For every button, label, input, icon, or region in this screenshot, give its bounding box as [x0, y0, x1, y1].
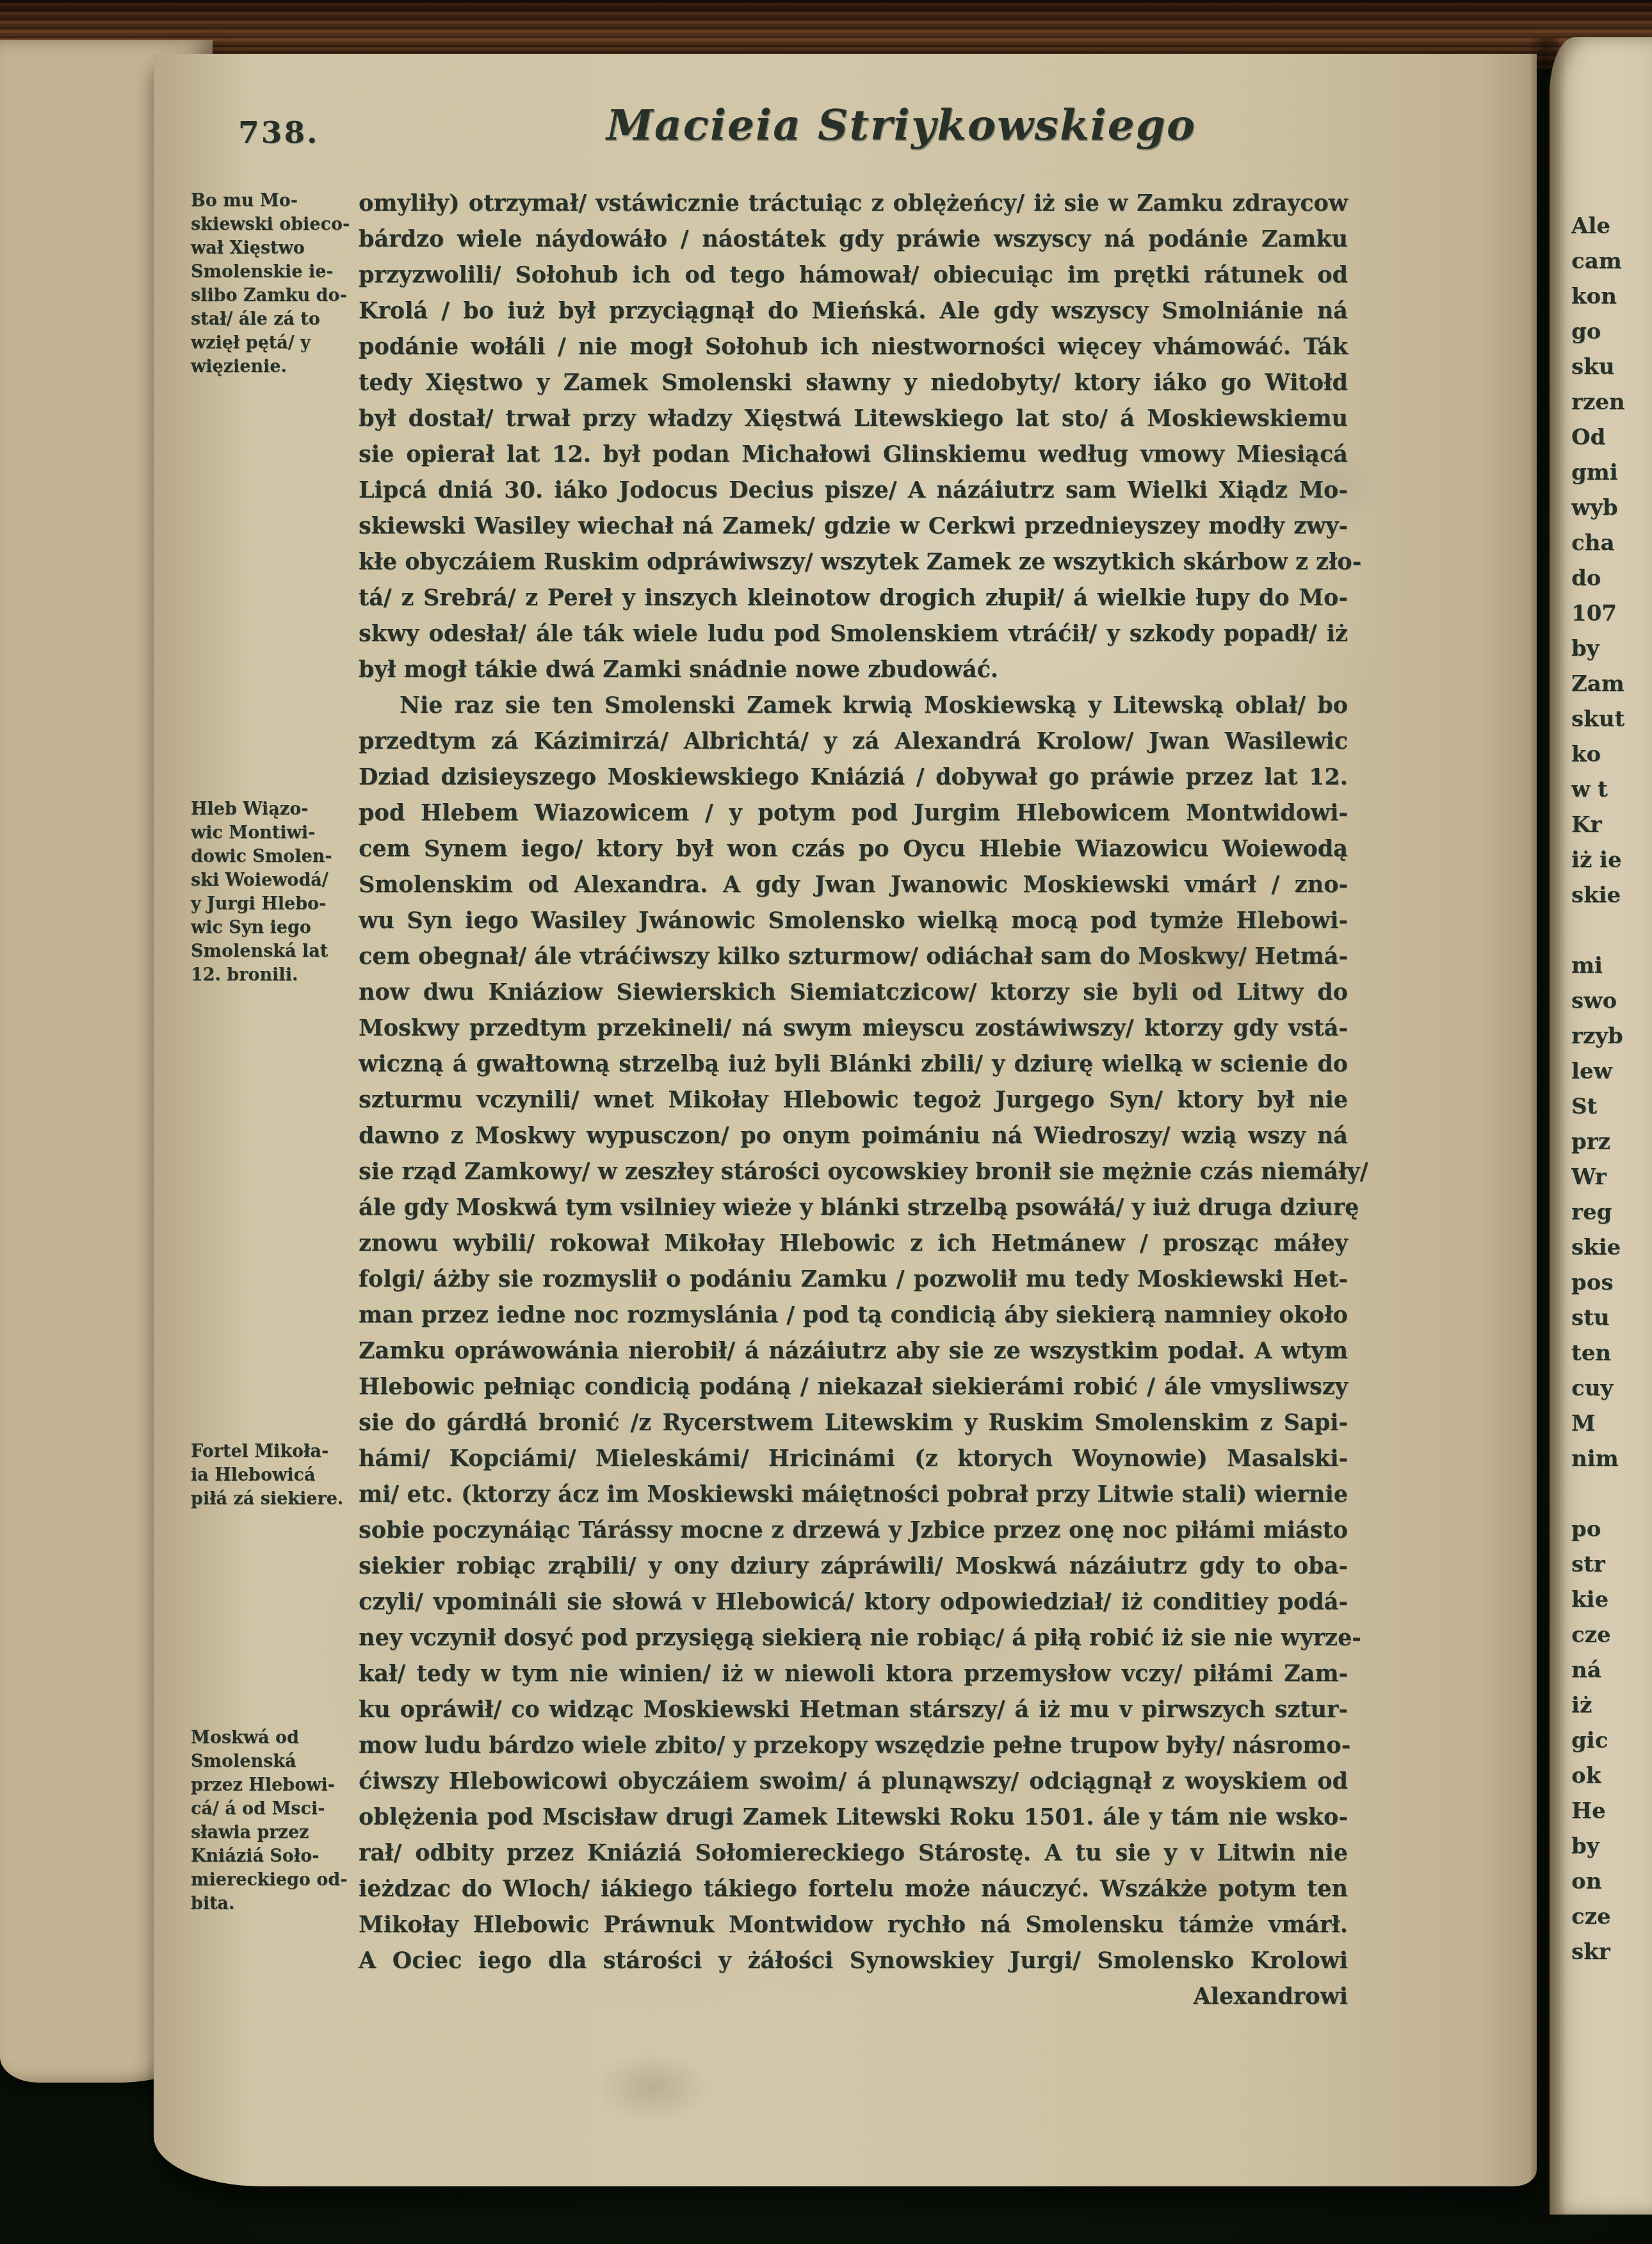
text-line: wiczną á gwałtowną strzelbą iuż byli Blá…: [359, 1046, 1348, 1082]
facing-text-fragment: iż: [1571, 1688, 1652, 1723]
text-line: kłe obyczáiem Ruskim odpráwiwszy/ wszyte…: [359, 544, 1348, 580]
text-line: podánie wołáli / nie mogł Sołohub ich ni…: [359, 329, 1348, 365]
text-line: przedtym zá Kázimirzá/ Albrichtá/ y zá A…: [359, 724, 1348, 760]
text-line: cem Synem iego/ ktory był won czás po Oy…: [359, 831, 1348, 867]
book-page: 738. Macieia Striykowskiego Bo mu Mo- sk…: [154, 54, 1537, 2186]
text-line: Hlebowic pełniąc condicią podáną / nieka…: [359, 1369, 1348, 1405]
text-line: znowu wybili/ rokował Mikołay Hlebowic z…: [359, 1226, 1348, 1262]
facing-text-fragment: M: [1571, 1406, 1652, 1442]
facing-text-fragment: ten: [1571, 1336, 1652, 1371]
text-line: szturmu vczynili/ wnet Mikołay Hlebowic …: [359, 1082, 1348, 1118]
margin-note-3: Fortel Mikoła- ia Hlebowicá piłá zá siek…: [191, 1440, 352, 1511]
text-line: ku opráwił/ co widząc Moskiewski Hetman …: [359, 1692, 1348, 1728]
text-line: hámi/ Kopciámi/ Mieleskámi/ Hricinámi (z…: [359, 1441, 1348, 1477]
text-line: tá/ z Srebrá/ z Pereł y inszych kleinoto…: [359, 580, 1348, 616]
text-line: man przez iedne noc rozmyslánia / pod tą…: [359, 1297, 1348, 1333]
facing-text-fragment: rzyb: [1571, 1019, 1652, 1054]
text-line: Lipcá dniá 30. iáko Jodocus Decius pisze…: [359, 473, 1348, 508]
text-line: sie opierał lat 12. był podan Michałowi …: [359, 437, 1348, 473]
facing-text-fragment: ok: [1571, 1759, 1652, 1794]
text-line: mi/ etc. (ktorzy ácz im Moskiewski máięt…: [359, 1477, 1348, 1513]
text-line: był mogł tákie dwá Zamki snádnie nowe zb…: [359, 652, 1348, 688]
facing-text-fragment: go: [1571, 314, 1652, 350]
text-line: folgi/ áżby sie rozmyslił o podániu Zamk…: [359, 1262, 1348, 1297]
text-line: Mikołay Hlebowic Práwnuk Montwidow rychł…: [359, 1907, 1348, 1943]
text-line: przyzwolili/ Sołohub ich od tego hámował…: [359, 257, 1348, 293]
margin-note-2: Hleb Wiązo- wic Montiwi- dowic Smolen- s…: [191, 797, 352, 987]
facing-page-edge: AlecamkongoskurzenOdgmiwybchado107byZams…: [1550, 37, 1652, 2215]
facing-text-fragment: skie: [1571, 1230, 1652, 1265]
main-text-column: omyliły) otrzymał/ vstáwicznie tráctuiąc…: [359, 186, 1348, 2015]
facing-text-fragment: skr: [1571, 1935, 1652, 1970]
text-line: skwy odesłał/ ále ták wiele ludu pod Smo…: [359, 616, 1348, 652]
text-line: ieżdzac do Wloch/ iákiego tákiego fortel…: [359, 1871, 1348, 1907]
text-line: ćiwszy Hlebowicowi obyczáiem swoim/ á pl…: [359, 1764, 1348, 1800]
text-line: dawno z Moskwy wypusczon/ po onym poimán…: [359, 1118, 1348, 1154]
text-line: cem obegnał/ ále vtráćiwszy kilko szturm…: [359, 939, 1348, 975]
text-line: Zamku opráwowánia nierobił/ á názáiutrz …: [359, 1333, 1348, 1369]
facing-text-fragment: kie: [1571, 1582, 1652, 1618]
facing-text-fragment: by: [1571, 1829, 1652, 1864]
facing-text-fragment: do: [1571, 561, 1652, 596]
facing-text-fragment: gic: [1571, 1723, 1652, 1759]
text-line: sie rząd Zamkowy/ w zeszłey stárości oyc…: [359, 1154, 1348, 1190]
text-line: A Ociec iego dla stárości y żáłości Syno…: [359, 1943, 1348, 1979]
facing-text-fragment: ko: [1571, 737, 1652, 772]
facing-text-fragment: [1571, 1477, 1652, 1512]
text-line: wu Syn iego Wasiley Jwánowic Smolensko w…: [359, 903, 1348, 939]
facing-text-fragment: Wr: [1571, 1160, 1652, 1195]
text-line: kał/ tedy w tym nie winien/ iż w niewoli…: [359, 1656, 1348, 1692]
text-line: now dwu Kniáziow Siewierskich Siemiatczi…: [359, 975, 1348, 1011]
text-line: był dostał/ trwał przy władzy Xięstwá Li…: [359, 401, 1348, 437]
facing-page-text-column: AlecamkongoskurzenOdgmiwybchado107byZams…: [1571, 209, 1652, 1970]
facing-text-fragment: cuy: [1571, 1371, 1652, 1406]
facing-text-fragment: sku: [1571, 350, 1652, 385]
facing-text-fragment: Od: [1571, 420, 1652, 455]
book-scan: { "page": { "number": "738.", "running_t…: [0, 0, 1652, 2244]
facing-text-fragment: He: [1571, 1794, 1652, 1829]
facing-text-fragment: ná: [1571, 1653, 1652, 1688]
facing-text-fragment: nim: [1571, 1442, 1652, 1477]
margin-note-4: Moskwá od Smolenská przez Hlebowi- cá/ á…: [191, 1726, 352, 1915]
text-line: Nie raz sie ten Smolenski Zamek krwią Mo…: [359, 688, 1348, 724]
facing-text-fragment: cze: [1571, 1899, 1652, 1935]
facing-text-fragment: skie: [1571, 878, 1652, 913]
facing-text-fragment: on: [1571, 1864, 1652, 1899]
facing-text-fragment: cze: [1571, 1618, 1652, 1653]
text-line: pod Hlebem Wiazowicem / y potym pod Jurg…: [359, 795, 1348, 831]
text-line: Moskwy przedtym przekineli/ ná swym miey…: [359, 1011, 1348, 1046]
facing-text-fragment: w t: [1571, 772, 1652, 808]
facing-text-fragment: Ale: [1571, 209, 1652, 244]
running-title: Macieia Striykowskiego: [359, 100, 1348, 150]
facing-text-fragment: rzen: [1571, 385, 1652, 420]
facing-text-fragment: prz: [1571, 1125, 1652, 1160]
text-line: oblężenia pod Mscisław drugi Zamek Litew…: [359, 1800, 1348, 1835]
facing-text-fragment: lew: [1571, 1054, 1652, 1089]
text-line: sobie poczynáiąc Tárássy mocne z drzewá …: [359, 1513, 1348, 1549]
facing-text-fragment: by: [1571, 631, 1652, 667]
text-line: bárdzo wiele náydowáło / náostátek gdy p…: [359, 222, 1348, 257]
facing-text-fragment: stu: [1571, 1301, 1652, 1336]
facing-text-fragment: str: [1571, 1547, 1652, 1582]
facing-text-fragment: iż ie: [1571, 843, 1652, 878]
facing-text-fragment: wyb: [1571, 491, 1652, 526]
facing-text-fragment: swo: [1571, 984, 1652, 1019]
text-line: Smolenskim od Alexandra. A gdy Jwan Jwan…: [359, 867, 1348, 903]
facing-text-fragment: pos: [1571, 1265, 1652, 1301]
text-line: omyliły) otrzymał/ vstáwicznie tráctuiąc…: [359, 186, 1348, 222]
facing-text-fragment: kon: [1571, 279, 1652, 314]
facing-text-fragment: Zam: [1571, 667, 1652, 702]
facing-text-fragment: po: [1571, 1512, 1652, 1547]
facing-text-fragment: St: [1571, 1089, 1652, 1125]
text-line: czyli/ vpomináli sie słowá v Hlebowicá/ …: [359, 1584, 1348, 1620]
facing-text-fragment: gmi: [1571, 455, 1652, 491]
facing-text-fragment: mi: [1571, 948, 1652, 984]
text-line: ále gdy Moskwá tym vsilniey wieże y blán…: [359, 1190, 1348, 1226]
text-line: mow ludu bárdzo wiele zbito/ y przekopy …: [359, 1728, 1348, 1764]
text-line: siekier robiąc zrąbili/ y ony dziury záp…: [359, 1549, 1348, 1584]
text-line: ney vczynił dosyć pod przysięgą siekierą…: [359, 1620, 1348, 1656]
text-line: Dziad dzisieyszego Moskiewskiego Kniáziá…: [359, 760, 1348, 795]
facing-text-fragment: reg: [1571, 1195, 1652, 1230]
text-line: sie do gárdłá bronić /z Rycerstwem Litew…: [359, 1405, 1348, 1441]
facing-text-fragment: cha: [1571, 526, 1652, 561]
facing-text-fragment: Kr: [1571, 808, 1652, 843]
text-line: rał/ odbity przez Kniáziá Sołomiereckieg…: [359, 1835, 1348, 1871]
facing-text-fragment: skut: [1571, 702, 1652, 737]
facing-text-fragment: cam: [1571, 244, 1652, 279]
facing-text-fragment: [1571, 913, 1652, 948]
facing-text-fragment: 107: [1571, 596, 1652, 631]
paper-stain: [595, 2052, 711, 2122]
text-line: skiewski Wasiley wiechał ná Zamek/ gdzie…: [359, 508, 1348, 544]
margin-note-1: Bo mu Mo- skiewski obieco- wał Xięstwo S…: [191, 189, 352, 378]
text-line: Alexandrowi: [359, 1979, 1348, 2015]
text-line: tedy Xięstwo y Zamek Smolenski sławny y …: [359, 365, 1348, 401]
page-number: 738.: [238, 115, 319, 150]
text-line: Krolá / bo iuż był przyciągnął do Mieńsk…: [359, 293, 1348, 329]
